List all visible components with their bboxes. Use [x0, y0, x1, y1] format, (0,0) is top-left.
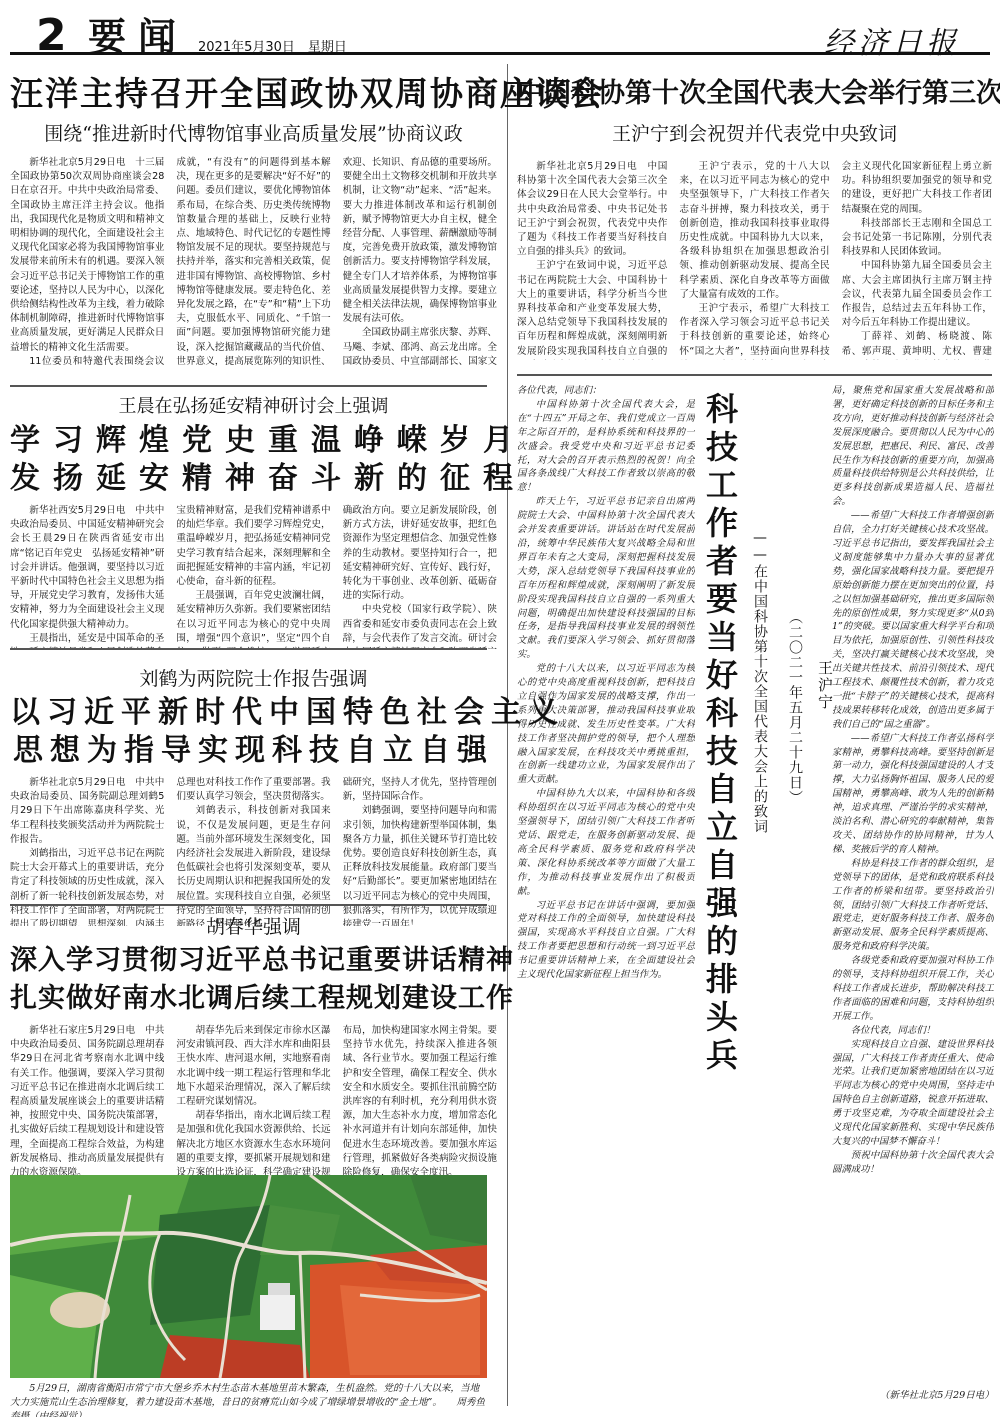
text-column: 宝贵精神财富，是我们党精神谱系中的灿烂华章。我们要学习辉煌党史，重温峥嵘岁月，把…	[176, 504, 330, 649]
text-column: 新华社西安5月29日电 中共中央政治局委员、中国延安精神研究会会长王晨29日在陕…	[10, 504, 164, 649]
kicker: 胡春华强调	[10, 912, 497, 942]
article-cast: 中国科协第十次全国代表大会举行第三次全体会议 王沪宁到会祝贺并代表党中央致词 新…	[517, 72, 992, 360]
headline-line2: 扎实做好南水北调后续工程规划建设工作	[10, 980, 497, 1018]
text-column: 成就，“有没有”的问题得到基本解决，现在更多的是要解决“好不好”的问题。委员们建…	[176, 156, 330, 368]
photo-caption: 5月29日，湖南省衡阳市常宁市大堡乡乔木村生态苗木基地里苗木繁森，生机盎然。党的…	[10, 1382, 487, 1417]
newspaper-logo: 经济日报	[824, 18, 960, 62]
text-column: 欢迎、长知识、育品德的重要场所。要健全出土文物移交机制和开放共享机制，让文物“动…	[343, 156, 497, 368]
text-column: 确政治方向。要立足新发展阶段，创新方式方法，讲好延安故事，把红色资源作为坚定理想…	[343, 504, 497, 649]
speech-column-right: 局，聚焦党和国家重大发展战略和部署，更好确定科技创新的目标任务和主攻方向，更好推…	[832, 384, 994, 1409]
text-column: 新华社北京5月29日电 中国科协第十次全国代表大会第三次全体会议29日在人民大会…	[517, 160, 667, 360]
headline-line1: 学习辉煌党史重温峥嵘岁月	[10, 422, 497, 460]
subheadline: 王沪宁到会祝贺并代表党中央致词	[517, 120, 992, 148]
column-divider	[507, 64, 508, 1406]
kicker: 刘鹤为两院院士作报告强调	[10, 664, 497, 694]
text-column: 布局，加快构建国家水网主骨架。要坚持节水优先，持续深入推进各领域、各行业节水。要…	[343, 1024, 497, 1179]
headline-line2: 思想为指导实现科技自立自强	[10, 732, 497, 770]
section-rule	[517, 374, 992, 376]
speech-subheadline: ——在中国科协第十次全国代表大会上的致词	[750, 530, 770, 834]
speech-text-column: 局，聚焦党和国家重大发展战略和部署，更好确定科技创新的目标任务和主攻方向，更好推…	[832, 384, 994, 1389]
article-cppcc: 汪洋主持召开全国政协双周协商座谈会 围绕“推进新时代博物馆事业高质量发展”协商议…	[10, 72, 497, 368]
speech-headline: 科技工作者要当好科技自立自强的排头兵	[700, 392, 740, 1076]
headline-line1: 以习近平新时代中国特色社会主义	[10, 694, 497, 732]
article-body: 新华社北京5月29日电 十三届全国政协第50次双周协商座谈会28日在京召开。中共…	[10, 156, 497, 368]
article-body: 新华社石家庄5月29日电 中共中央政治局委员、国务院副总理胡春华29日在河北省考…	[10, 1024, 497, 1179]
aerial-photo-seedling-base	[10, 1175, 487, 1378]
headline-line2: 发扬延安精神奋斗新的征程	[10, 460, 497, 498]
article-huchunhua: 胡春华强调 深入学习贯彻习近平总书记重要讲话精神 扎实做好南水北调后续工程规划建…	[10, 912, 497, 1179]
article-liuhe: 刘鹤为两院院士作报告强调 以习近平新时代中国特色社会主义 思想为指导实现科技自立…	[10, 664, 497, 926]
speech-dateline: （新华社北京5月29日电）	[832, 1389, 994, 1403]
subheadline: 围绕“推进新时代博物馆事业高质量发展”协商议政	[10, 120, 497, 148]
article-body: 新华社北京5月29日电 中国科协第十次全国代表大会第三次全体会议29日在人民大会…	[517, 160, 992, 360]
text-column: 王沪宁表示，党的十八大以来，在以习近平同志为核心的党中央坚强领导下，广大科技工作…	[679, 160, 829, 360]
text-column: 新华社石家庄5月29日电 中共中央政治局委员、国务院副总理胡春华29日在河北省考…	[10, 1024, 164, 1179]
speech-date: （二〇二一年五月二十九日）	[785, 610, 805, 805]
speech-text-column: 各位代表，同志们： 中国科协第十次全国代表大会，是在“十四五”开局之年、我们党成…	[517, 384, 695, 1409]
kicker: 王晨在弘扬延安精神研讨会上强调	[10, 392, 497, 422]
section-rule	[10, 385, 487, 387]
headline: 中国科协第十次全国代表大会举行第三次全体会议	[517, 72, 992, 116]
section-rule	[10, 648, 487, 650]
section-rule	[10, 904, 487, 906]
masthead-rule	[10, 52, 990, 55]
text-column: 新华社北京5月29日电 十三届全国政协第50次双周协商座谈会28日在京召开。中共…	[10, 156, 164, 368]
text-column: 胡春华先后来到保定市徐水区瀑河安肃镇河段、西大洋水库和曲阳县王快水库、唐河退水闸…	[176, 1024, 330, 1179]
text-column: 会主义现代化国家新征程上勇立新功。科协组织要加强党的领导和党的建设，更好把广大科…	[842, 160, 992, 360]
headline: 汪洋主持召开全国政协双周协商座谈会	[10, 72, 497, 116]
article-body: 新华社西安5月29日电 中共中央政治局委员、中国延安精神研究会会长王晨29日在陕…	[10, 504, 497, 649]
headline-line1: 深入学习贯彻习近平总书记重要讲话精神	[10, 942, 497, 980]
article-yanan: 王晨在弘扬延安精神研讨会上强调 学习辉煌党史重温峥嵘岁月 发扬延安精神奋斗新的征…	[10, 392, 497, 649]
speech-column-left: 各位代表，同志们： 中国科协第十次全国代表大会，是在“十四五”开局之年、我们党成…	[517, 384, 695, 1409]
